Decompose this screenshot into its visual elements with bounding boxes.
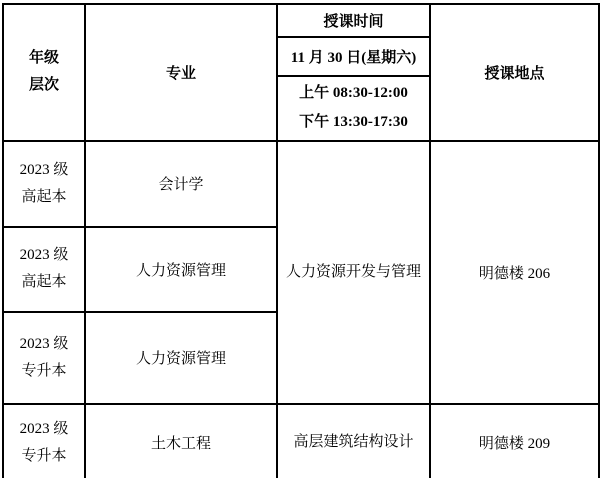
grade-cell: 2023 级 专升本 [3, 312, 85, 404]
location-cell: 明德楼 209 [430, 404, 599, 478]
header-time-slots: 上午 08:30-12:00 下午 13:30-17:30 [277, 76, 430, 141]
grade-cell: 2023 级 高起本 [3, 141, 85, 227]
major-cell: 土木工程 [85, 404, 277, 478]
header-location: 授课地点 [430, 4, 599, 141]
header-time-date: 11 月 30 日(星期六) [277, 37, 430, 76]
table-row: 2023 级 高起本 会计学 人力资源开发与管理 明德楼 206 [3, 141, 599, 227]
page-background: 年级 层次 专业 授课时间 授课地点 11 月 30 日(星期六) 上午 08:… [0, 0, 600, 478]
header-time-title: 授课时间 [277, 4, 430, 37]
header-grade-level: 年级 层次 [3, 4, 85, 141]
course-cell: 高层建筑结构设计 [277, 404, 430, 478]
major-cell: 人力资源管理 [85, 227, 277, 312]
location-cell-merged: 明德楼 206 [430, 141, 599, 404]
class-schedule-table: 年级 层次 专业 授课时间 授课地点 11 月 30 日(星期六) 上午 08:… [2, 3, 600, 478]
grade-cell: 2023 级 高起本 [3, 227, 85, 312]
table-row: 2023 级 专升本 土木工程 高层建筑结构设计 明德楼 209 [3, 404, 599, 478]
header-major: 专业 [85, 4, 277, 141]
header-row-1: 年级 层次 专业 授课时间 授课地点 [3, 4, 599, 37]
grade-cell: 2023 级 专升本 [3, 404, 85, 478]
course-cell-merged: 人力资源开发与管理 [277, 141, 430, 404]
major-cell: 人力资源管理 [85, 312, 277, 404]
major-cell: 会计学 [85, 141, 277, 227]
